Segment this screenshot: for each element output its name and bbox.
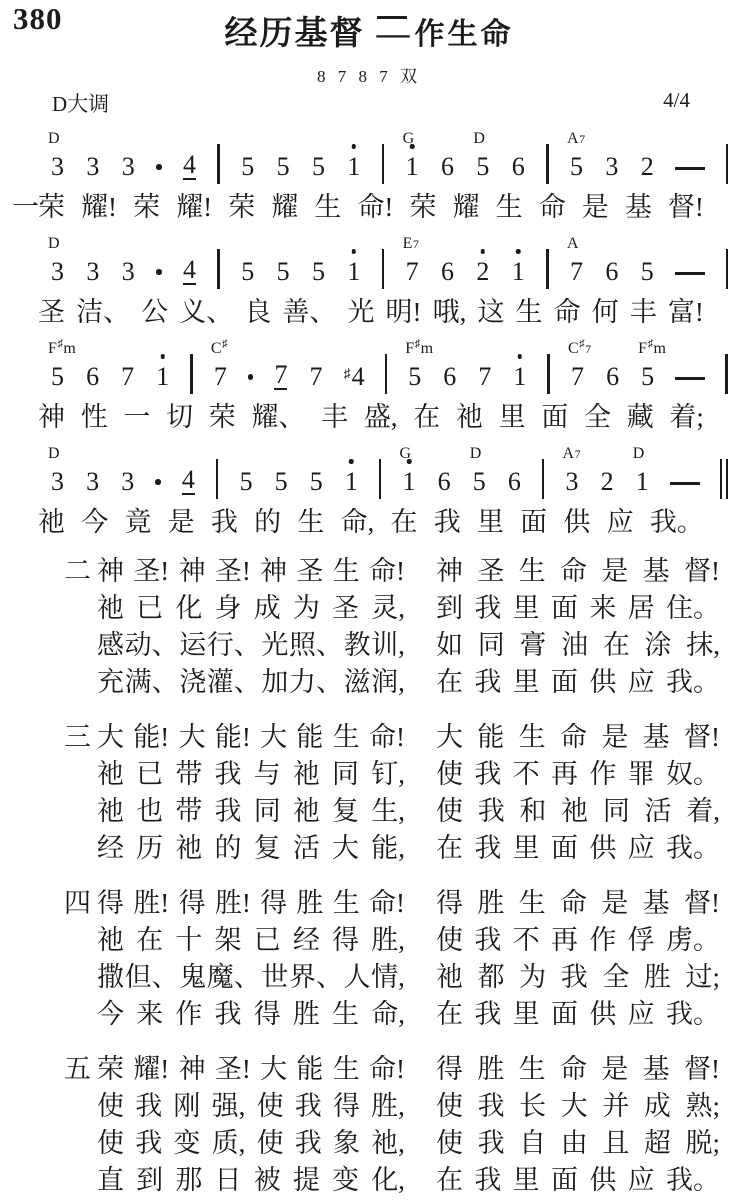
note: 5 bbox=[309, 468, 324, 495]
stanza-row: 使我刚强,使我得胜,使我长大并成熟; bbox=[64, 1088, 738, 1125]
stanza-char: 能 bbox=[296, 1051, 323, 1088]
stanza-char: 同 bbox=[603, 793, 630, 830]
stanza-char: 灵, bbox=[371, 590, 405, 627]
stanza-char: 十 bbox=[175, 922, 202, 959]
note: D5 bbox=[475, 153, 490, 180]
column-gap bbox=[405, 664, 436, 701]
stanza-char: 生 bbox=[519, 1051, 546, 1088]
stanza-char: 过; bbox=[685, 959, 720, 996]
stanza-char: 界、 bbox=[289, 959, 343, 996]
stanza-char: 强, bbox=[212, 1088, 246, 1125]
stanza-left-column: 直到那日被提变化, bbox=[97, 1162, 405, 1199]
note-digit: 7 bbox=[121, 363, 134, 390]
stanza-right-column: 使我不再作罪奴。 bbox=[436, 756, 720, 793]
note-digit: 3 bbox=[122, 153, 135, 180]
column-gap bbox=[405, 590, 436, 627]
barline bbox=[217, 144, 220, 184]
stanza-left-column: 撒但、鬼魔、世界、人情, bbox=[97, 959, 405, 996]
lyric-syllable: 是 bbox=[168, 504, 195, 540]
stanza-left-column: 感动、运行、光照、教训, bbox=[97, 627, 405, 664]
lyric-syllable: 藏 bbox=[627, 399, 654, 435]
lyric-syllable: 祂 bbox=[38, 504, 65, 540]
note-digit: 6 bbox=[86, 363, 99, 390]
stanza-char: 得 bbox=[436, 1051, 463, 1088]
stanza-char: 同 bbox=[254, 793, 281, 830]
stanza-char: 不 bbox=[513, 922, 540, 959]
stanza-char: 胜 bbox=[477, 885, 504, 922]
note-digit: ♯4 bbox=[344, 361, 365, 390]
stanza-char: 魔、 bbox=[207, 959, 261, 996]
note-digit: 3 bbox=[51, 258, 64, 285]
lyric-syllable: 我 bbox=[434, 504, 461, 540]
note-digit: 6 bbox=[443, 363, 456, 390]
note-digit: 5 bbox=[473, 468, 486, 495]
stanza-char: 使 bbox=[436, 1088, 463, 1125]
chord-label: A7 bbox=[567, 131, 586, 147]
lyric-syllable: 的 bbox=[254, 504, 281, 540]
chord-label: F♯m bbox=[405, 339, 433, 357]
barline bbox=[546, 144, 549, 184]
stanza-char: 基 bbox=[643, 885, 670, 922]
chord-label: D bbox=[48, 446, 60, 462]
stanza-char: 祂 bbox=[97, 590, 124, 627]
stanza-char: 脱; bbox=[685, 1125, 720, 1162]
note-digit: 7 bbox=[406, 258, 419, 285]
stanza-char: 胜, bbox=[371, 1088, 405, 1125]
stanza-char: 祂 bbox=[97, 756, 124, 793]
stanza-char: 身 bbox=[215, 590, 242, 627]
note-digit: 1 bbox=[512, 258, 525, 285]
stanza-char: 人 bbox=[344, 959, 371, 996]
stanza-char: 作 bbox=[175, 996, 202, 1033]
lyric-syllable: 荣 bbox=[209, 399, 236, 435]
stanza-row: 三大能!大能!大能生命!大能生命是基督! bbox=[64, 719, 738, 756]
lyric-syllable: 光 bbox=[347, 294, 374, 330]
note: G1 bbox=[405, 153, 420, 180]
note-digit: 4 bbox=[183, 151, 196, 180]
note-digit: 3 bbox=[121, 468, 134, 495]
chord-label: C♯7 bbox=[568, 339, 592, 357]
note: 3 bbox=[85, 153, 100, 180]
chord-label: E7 bbox=[403, 236, 420, 252]
stanza-char: 得 bbox=[436, 885, 463, 922]
stanza-char: 力、 bbox=[289, 664, 343, 701]
stanza-char: 长 bbox=[519, 1088, 546, 1125]
chord-label: D bbox=[473, 131, 485, 147]
note: 1 bbox=[346, 258, 361, 285]
stanza-char: 那 bbox=[175, 1162, 202, 1199]
column-gap bbox=[405, 1162, 436, 1199]
barline bbox=[382, 249, 385, 289]
key-time-row: D大调 4/4 bbox=[0, 88, 738, 118]
barline bbox=[546, 249, 549, 289]
stanza-number: 五 bbox=[64, 1051, 97, 1088]
stanza-number: 四 bbox=[64, 885, 97, 922]
stanza-char: 我 bbox=[135, 1088, 162, 1125]
stanza-char: 得 bbox=[97, 885, 124, 922]
lyric-syllable: 我 bbox=[211, 504, 238, 540]
stanza-char: 我。 bbox=[666, 996, 720, 1033]
stanza-char: 能 bbox=[477, 719, 504, 756]
note-digit: 5 bbox=[641, 363, 654, 390]
stanza-char: 我 bbox=[474, 996, 501, 1033]
octave-dot bbox=[481, 249, 486, 254]
note: 5 bbox=[240, 258, 255, 285]
note: D1 bbox=[635, 468, 650, 495]
stanza-row: 感动、运行、光照、教训,如同膏油在涂抹, bbox=[64, 627, 738, 664]
hymn-number: 380 bbox=[13, 1, 63, 37]
note: 6 bbox=[507, 468, 522, 495]
stanza-char: 基 bbox=[643, 719, 670, 756]
lyric-syllable: 善、 bbox=[282, 294, 336, 330]
column-gap bbox=[405, 922, 436, 959]
title-dash: — bbox=[377, 16, 407, 19]
stanza-char: 大 bbox=[260, 719, 287, 756]
note: F♯m5 bbox=[407, 363, 422, 390]
stanza-char: 已 bbox=[136, 756, 163, 793]
note: 4 bbox=[182, 256, 197, 285]
lyric-syllable: 丰 bbox=[630, 294, 657, 330]
lyric-syllable: 神 bbox=[38, 399, 65, 435]
lyric-syllable: 耀! bbox=[81, 189, 117, 225]
stanza-char: 满、 bbox=[125, 664, 179, 701]
stanza-char: 复 bbox=[254, 830, 281, 867]
note: 7 bbox=[477, 363, 492, 390]
stanza-char: 命 bbox=[560, 885, 587, 922]
stanza-char: 神 bbox=[179, 553, 206, 590]
note-digit: 7 bbox=[570, 258, 583, 285]
stanza-char: 刚 bbox=[173, 1088, 200, 1125]
stanza-char: 是 bbox=[601, 719, 628, 756]
stanza-char: 胜! bbox=[133, 885, 169, 922]
stanza-char: 灌、 bbox=[207, 664, 261, 701]
note-digit: 1 bbox=[513, 363, 526, 390]
stanza-char: 生 bbox=[519, 885, 546, 922]
stanza-char: 神 bbox=[436, 553, 463, 590]
stanza-char: 督! bbox=[684, 885, 720, 922]
note: C♯77 bbox=[570, 363, 585, 390]
stanza-char: 今 bbox=[97, 996, 124, 1033]
note: 6 bbox=[85, 363, 100, 390]
note: D3 bbox=[50, 258, 65, 285]
stanza-char: 熟; bbox=[685, 1088, 720, 1125]
note-digit: 1 bbox=[406, 153, 419, 180]
stanza-char: 与 bbox=[254, 756, 281, 793]
duration-dash bbox=[670, 482, 700, 485]
lyric-syllable: 命 bbox=[539, 189, 566, 225]
note-digit: 5 bbox=[277, 153, 290, 180]
stanza-char: 抹, bbox=[686, 627, 720, 664]
augmentation-dot bbox=[156, 164, 162, 170]
lyric-syllable: 生 bbox=[516, 294, 543, 330]
note: 6 bbox=[511, 153, 526, 180]
stanza-left-column: 今来作我得胜生命, bbox=[97, 996, 405, 1033]
stanza-char: 教 bbox=[344, 627, 371, 664]
stanza-char: 全 bbox=[602, 959, 629, 996]
stanza-char: 为 bbox=[293, 590, 320, 627]
lyric-syllable: 今 bbox=[81, 504, 108, 540]
stanza-char: 大 bbox=[561, 1088, 588, 1125]
stanza-char: 活 bbox=[293, 830, 320, 867]
stanza-char: 象 bbox=[333, 1125, 360, 1162]
stanza-char: 我 bbox=[474, 756, 501, 793]
stanza-char: 命! bbox=[369, 885, 405, 922]
stanza-char: 在 bbox=[136, 922, 163, 959]
lyric-syllable: 命 bbox=[554, 294, 581, 330]
stanza-char: 在 bbox=[436, 1162, 463, 1199]
note: D5 bbox=[472, 468, 487, 495]
stanza-row: 祂已带我与祂同钉,使我不再作罪奴。 bbox=[64, 756, 738, 793]
double-barline bbox=[720, 459, 728, 499]
stanza-char: 来 bbox=[589, 590, 616, 627]
lyrics-row: 祂今竟是我的生命,在我里面供应我。 bbox=[38, 504, 704, 540]
note: 2 bbox=[475, 258, 490, 285]
note-digit: 1 bbox=[347, 153, 360, 180]
stanza-char: 神 bbox=[260, 553, 287, 590]
stanza-char: 经 bbox=[293, 922, 320, 959]
note-digit: 1 bbox=[156, 363, 169, 390]
stanza-char: 生 bbox=[519, 553, 546, 590]
note-digit: 5 bbox=[570, 153, 583, 180]
stanza-char: 运 bbox=[179, 627, 206, 664]
stanza-char: 生 bbox=[333, 719, 360, 756]
stanza-char: 是 bbox=[601, 1051, 628, 1088]
stanza-char: 生, bbox=[371, 793, 405, 830]
stanza-char: 大 bbox=[97, 719, 124, 756]
stanza-number bbox=[64, 627, 97, 664]
stanza-char: 能! bbox=[133, 719, 169, 756]
lyric-syllable: 耀 bbox=[453, 189, 480, 225]
stanza-right-column: 使我长大并成熟; bbox=[436, 1088, 720, 1125]
stanza-char: 命! bbox=[369, 553, 405, 590]
stanza-row: 撒但、鬼魔、世界、人情,祂都为我全胜过; bbox=[64, 959, 738, 996]
stanza-right-column: 到我里面来居住。 bbox=[436, 590, 720, 627]
column-gap bbox=[405, 719, 436, 756]
stanza-char: 祂 bbox=[97, 922, 124, 959]
stanza-char: 使 bbox=[436, 756, 463, 793]
note: E77 bbox=[405, 258, 420, 285]
stanza-char: 生 bbox=[332, 996, 359, 1033]
stanza-char: 祂 bbox=[175, 830, 202, 867]
stanza-char: 使 bbox=[257, 1088, 284, 1125]
stanza-char: 我 bbox=[474, 830, 501, 867]
stanza-char: 历 bbox=[136, 830, 163, 867]
lyric-syllable: 哦, bbox=[433, 294, 467, 330]
note-digit: 2 bbox=[601, 468, 614, 495]
octave-dot bbox=[349, 459, 354, 464]
stanza-char: 被 bbox=[254, 1162, 281, 1199]
stanza-char: 作 bbox=[589, 922, 616, 959]
stanza-char: 也 bbox=[136, 793, 163, 830]
note-digit: 3 bbox=[86, 468, 99, 495]
stanza-char: 再 bbox=[551, 756, 578, 793]
stanza-char: 为 bbox=[519, 959, 546, 996]
note: 3 bbox=[121, 153, 136, 180]
note: 5 bbox=[276, 153, 291, 180]
stanza-row: 直到那日被提变化,在我里面供应我。 bbox=[64, 1162, 738, 1199]
stanza-char: 罪 bbox=[628, 756, 655, 793]
note: 3 bbox=[85, 468, 100, 495]
stanza-char: 里 bbox=[513, 830, 540, 867]
column-gap bbox=[405, 996, 436, 1033]
stanza-char: 里 bbox=[513, 590, 540, 627]
stanza-char: 大 bbox=[179, 719, 206, 756]
stanza-char: 我 bbox=[215, 996, 242, 1033]
stanza-left-column: 充满、浇灌、加力、滋润, bbox=[97, 664, 405, 701]
chord-label: A7 bbox=[563, 446, 582, 462]
stanza-right-column: 使我和祂同活着, bbox=[436, 793, 720, 830]
column-gap bbox=[405, 959, 436, 996]
note-digit: 4 bbox=[182, 466, 195, 495]
stanza-char: 圣 bbox=[296, 553, 323, 590]
stanza-char: 生 bbox=[333, 1051, 360, 1088]
note-digit: 6 bbox=[441, 153, 454, 180]
note-digit: 7 bbox=[310, 363, 323, 390]
lyric-syllable: 洁、 bbox=[76, 294, 130, 330]
note-digit: 3 bbox=[51, 153, 64, 180]
barline bbox=[382, 144, 385, 184]
stanza-row: 四得胜!得胜!得胜生命!得胜生命是基督! bbox=[64, 885, 738, 922]
stanza-char: 大 bbox=[436, 719, 463, 756]
lyrics-row: 神性一切荣耀、丰盛,在祂里面全藏着; bbox=[38, 399, 704, 435]
column-gap bbox=[405, 1088, 436, 1125]
note-digit: 5 bbox=[241, 258, 254, 285]
note: 6 bbox=[604, 258, 619, 285]
key-signature: D大调 bbox=[52, 88, 109, 118]
stanza-number bbox=[64, 830, 97, 867]
chord-label: F♯m bbox=[48, 339, 76, 357]
stanza-right-column: 大能生命是基督! bbox=[436, 719, 720, 756]
stanza-char: 我。 bbox=[666, 830, 720, 867]
note-digit: 7 bbox=[571, 363, 584, 390]
stanza-char: 基 bbox=[643, 553, 670, 590]
lyric-syllable: 耀、 bbox=[251, 399, 305, 435]
barline bbox=[216, 459, 219, 499]
note-digit: 6 bbox=[606, 363, 619, 390]
note: 6 bbox=[440, 258, 455, 285]
stanza-char: 鬼 bbox=[179, 959, 206, 996]
lyric-syllable: 荣 bbox=[228, 189, 255, 225]
stanza-char: 能 bbox=[296, 719, 323, 756]
stanza-char: 面 bbox=[551, 664, 578, 701]
lyric-syllable: 良 bbox=[244, 294, 271, 330]
stanza-5: 五荣耀!神圣!大能生命!得胜生命是基督!使我刚强,使我得胜,使我长大并成熟;使我… bbox=[64, 1051, 738, 1199]
stanza-row: 经历祂的复活大能,在我里面供应我。 bbox=[64, 830, 738, 867]
octave-dot bbox=[518, 354, 523, 359]
stanza-char: 同 bbox=[478, 627, 505, 664]
lyric-syllable: 供 bbox=[563, 504, 590, 540]
stanza-char: 我 bbox=[474, 664, 501, 701]
stanza-left-column: 祂已带我与祂同钉, bbox=[97, 756, 405, 793]
note-digit: 1 bbox=[347, 258, 360, 285]
stanza-number bbox=[64, 664, 97, 701]
stanza-char: 直 bbox=[97, 1162, 124, 1199]
notes-row: D33345551G16D56A732D1 bbox=[50, 461, 728, 495]
lyric-syllable: 性 bbox=[81, 399, 108, 435]
stanza-right-column: 得胜生命是基督! bbox=[436, 885, 720, 922]
stanza-char: 应 bbox=[628, 664, 655, 701]
stanza-row: 祂已化身成为圣灵,到我里面来居住。 bbox=[64, 590, 738, 627]
stanza-number bbox=[64, 922, 97, 959]
stanza-char: 我 bbox=[474, 922, 501, 959]
stanza-char: 在 bbox=[603, 627, 630, 664]
stanza-char: 面 bbox=[551, 590, 578, 627]
column-gap bbox=[405, 553, 436, 590]
note: 6 bbox=[442, 363, 457, 390]
lyric-syllable: 何 bbox=[592, 294, 619, 330]
stanza-char: 浇 bbox=[179, 664, 206, 701]
stanza-char: 命! bbox=[369, 1051, 405, 1088]
stanza-char: 感 bbox=[97, 627, 124, 664]
note: 5 bbox=[239, 468, 254, 495]
stanza-char: 自 bbox=[519, 1125, 546, 1162]
lyric-syllables: 圣洁、公义、良善、光明!哦,这生命何丰富! bbox=[38, 294, 704, 330]
stanza-char: 化 bbox=[175, 590, 202, 627]
stanza-char: 我 bbox=[135, 1125, 162, 1162]
note: 4 bbox=[181, 466, 196, 495]
stanza-char: 住。 bbox=[666, 590, 720, 627]
chord-label: D bbox=[470, 446, 482, 462]
barline bbox=[385, 354, 388, 394]
stanza-char: 基 bbox=[643, 1051, 670, 1088]
stanza-char: 胜! bbox=[215, 885, 251, 922]
stanza-char: 带 bbox=[175, 793, 202, 830]
stanza-char: 再 bbox=[551, 922, 578, 959]
note: D3 bbox=[50, 468, 65, 495]
stanza-number bbox=[64, 1162, 97, 1199]
augmentation-dot bbox=[156, 269, 162, 275]
stanza-char: 成 bbox=[254, 590, 281, 627]
stanza-char: 督! bbox=[684, 1051, 720, 1088]
stanza-char: 供 bbox=[589, 996, 616, 1033]
note: 7 bbox=[309, 363, 324, 390]
note-digit: 5 bbox=[275, 468, 288, 495]
chord-label: D bbox=[48, 131, 60, 147]
stanza-char: 充 bbox=[97, 664, 124, 701]
stanza-left-column: 祂也带我同祂复生, bbox=[97, 793, 405, 830]
note: 5 bbox=[240, 153, 255, 180]
stanza-right-column: 如同膏油在涂抹, bbox=[436, 627, 720, 664]
note-digit: 5 bbox=[310, 468, 323, 495]
stanza-char: 我 bbox=[478, 1088, 505, 1125]
stanza-char: 荣 bbox=[97, 1051, 124, 1088]
stanza-char: 祂 bbox=[436, 959, 463, 996]
stanza-char: 得 bbox=[332, 922, 359, 959]
duration-dash bbox=[675, 167, 705, 170]
stanza-char: 的 bbox=[215, 830, 242, 867]
lyric-syllables: 荣耀!荣耀!荣耀生命!荣耀生命是基督! bbox=[38, 189, 704, 225]
augmentation-dot bbox=[155, 479, 161, 485]
barline bbox=[725, 354, 728, 394]
stanza-char: 生 bbox=[519, 719, 546, 756]
stanza-char: 但、 bbox=[125, 959, 179, 996]
note: ♯4 bbox=[344, 361, 365, 390]
note-digit: 6 bbox=[605, 258, 618, 285]
stanza-char: 应 bbox=[628, 830, 655, 867]
stanza-char: 祂, bbox=[371, 1125, 405, 1162]
note: 5 bbox=[276, 258, 291, 285]
stanza-char: 命 bbox=[560, 1051, 587, 1088]
stanza-row: 二神圣!神圣!神圣生命!神圣生命是基督! bbox=[64, 553, 738, 590]
stanza-number bbox=[64, 590, 97, 627]
barline bbox=[726, 249, 729, 289]
stanza-left-column: 经历祂的复活大能, bbox=[97, 830, 405, 867]
note: A75 bbox=[569, 153, 584, 180]
music-line-2: D33345551E77621A765 圣洁、公义、良善、光明!哦,这生命何丰富… bbox=[0, 227, 738, 330]
stanza-left-column: 祂已化身成为圣灵, bbox=[97, 590, 405, 627]
note-digit: 2 bbox=[476, 258, 489, 285]
stanza-char: 命 bbox=[560, 553, 587, 590]
